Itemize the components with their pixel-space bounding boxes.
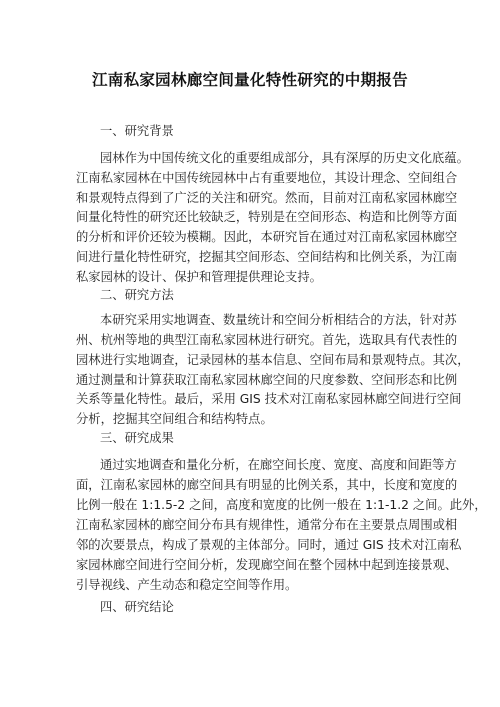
document-title: 江南私家园林廊空间量化特性研究的中期报告 [0, 68, 500, 90]
paragraph-line: 私家园林的设计、保护和管理提供理论支持。 [76, 267, 322, 285]
section-heading-methods: 二、研究方法 [100, 285, 174, 303]
paragraph-line: 邻的次要景点，构成了景观的主体部分。同时，通过 GIS 技术对江南私 [76, 535, 461, 553]
paragraph-line: 间量化特性的研究还比较缺乏，特别是在空间形态、构造和比例等方面 [76, 207, 457, 225]
paragraph-line: 园林作为中国传统文化的重要组成部分，具有深厚的历史文化底蕴。 [100, 148, 469, 166]
paragraph-line: 通过测量和计算获取江南私家园林廊空间的尺度参数、空间形态和比例 [76, 370, 457, 388]
section-heading-background: 一、研究背景 [100, 121, 174, 139]
paragraph-line: 关系等量化特性。最后，采用 GIS 技术对江南私家园林廊空间进行空间 [76, 389, 461, 407]
paragraph-line: 家园林廊空间进行空间分析，发现廊空间在整个园林中起到连接景观、 [76, 555, 457, 573]
paragraph-line: 比例一般在 1:1.5-2 之间，高度和宽度的比例一般在 1:1-1.2 之间。… [76, 495, 487, 513]
document-page: 江南私家园林廊空间量化特性研究的中期报告 一、研究背景 园林作为中国传统文化的重… [0, 0, 500, 707]
paragraph-line: 间进行量化特性研究，挖掘其空间形态、空间结构和比例关系，为江南 [76, 247, 457, 265]
paragraph-line: 江南私家园林的廊空间分布具有规律性，通常分布在主要景点周围或相 [76, 515, 457, 533]
paragraph-line: 的分析和评价还较为模糊。因此，本研究旨在通过对江南私家园林廊空 [76, 227, 457, 245]
section-heading-conclusion: 四、研究结论 [100, 597, 174, 615]
paragraph-line: 园林进行实地调查，记录园林的基本信息、空间布局和景观特点。其次， [76, 350, 470, 368]
paragraph-line: 本研究采用实地调查、数量统计和空间分析相结合的方法，针对苏 [100, 310, 457, 328]
paragraph-line: 江南私家园林在中国传统园林中占有重要地位，其设计理念、空间组合 [76, 168, 457, 186]
section-heading-results: 三、研究成果 [100, 428, 174, 446]
paragraph-line: 和景观特点得到了广泛的关注和研究。然而，目前对江南私家园林廊空 [76, 188, 457, 206]
paragraph-line: 面，江南私家园林的廊空间具有明显的比例关系，其中，长度和宽度的 [76, 475, 457, 493]
paragraph-line: 州、杭州等地的典型江南私家园林进行研究。首先，选取具有代表性的 [76, 330, 457, 348]
paragraph-line: 通过实地调查和量化分析，在廊空间长度、宽度、高度和间距等方 [100, 455, 457, 473]
paragraph-line: 引导视线、产生动态和稳定空间等作用。 [76, 575, 297, 593]
paragraph-line: 分析，挖掘其空间组合和结构特点。 [76, 409, 273, 427]
